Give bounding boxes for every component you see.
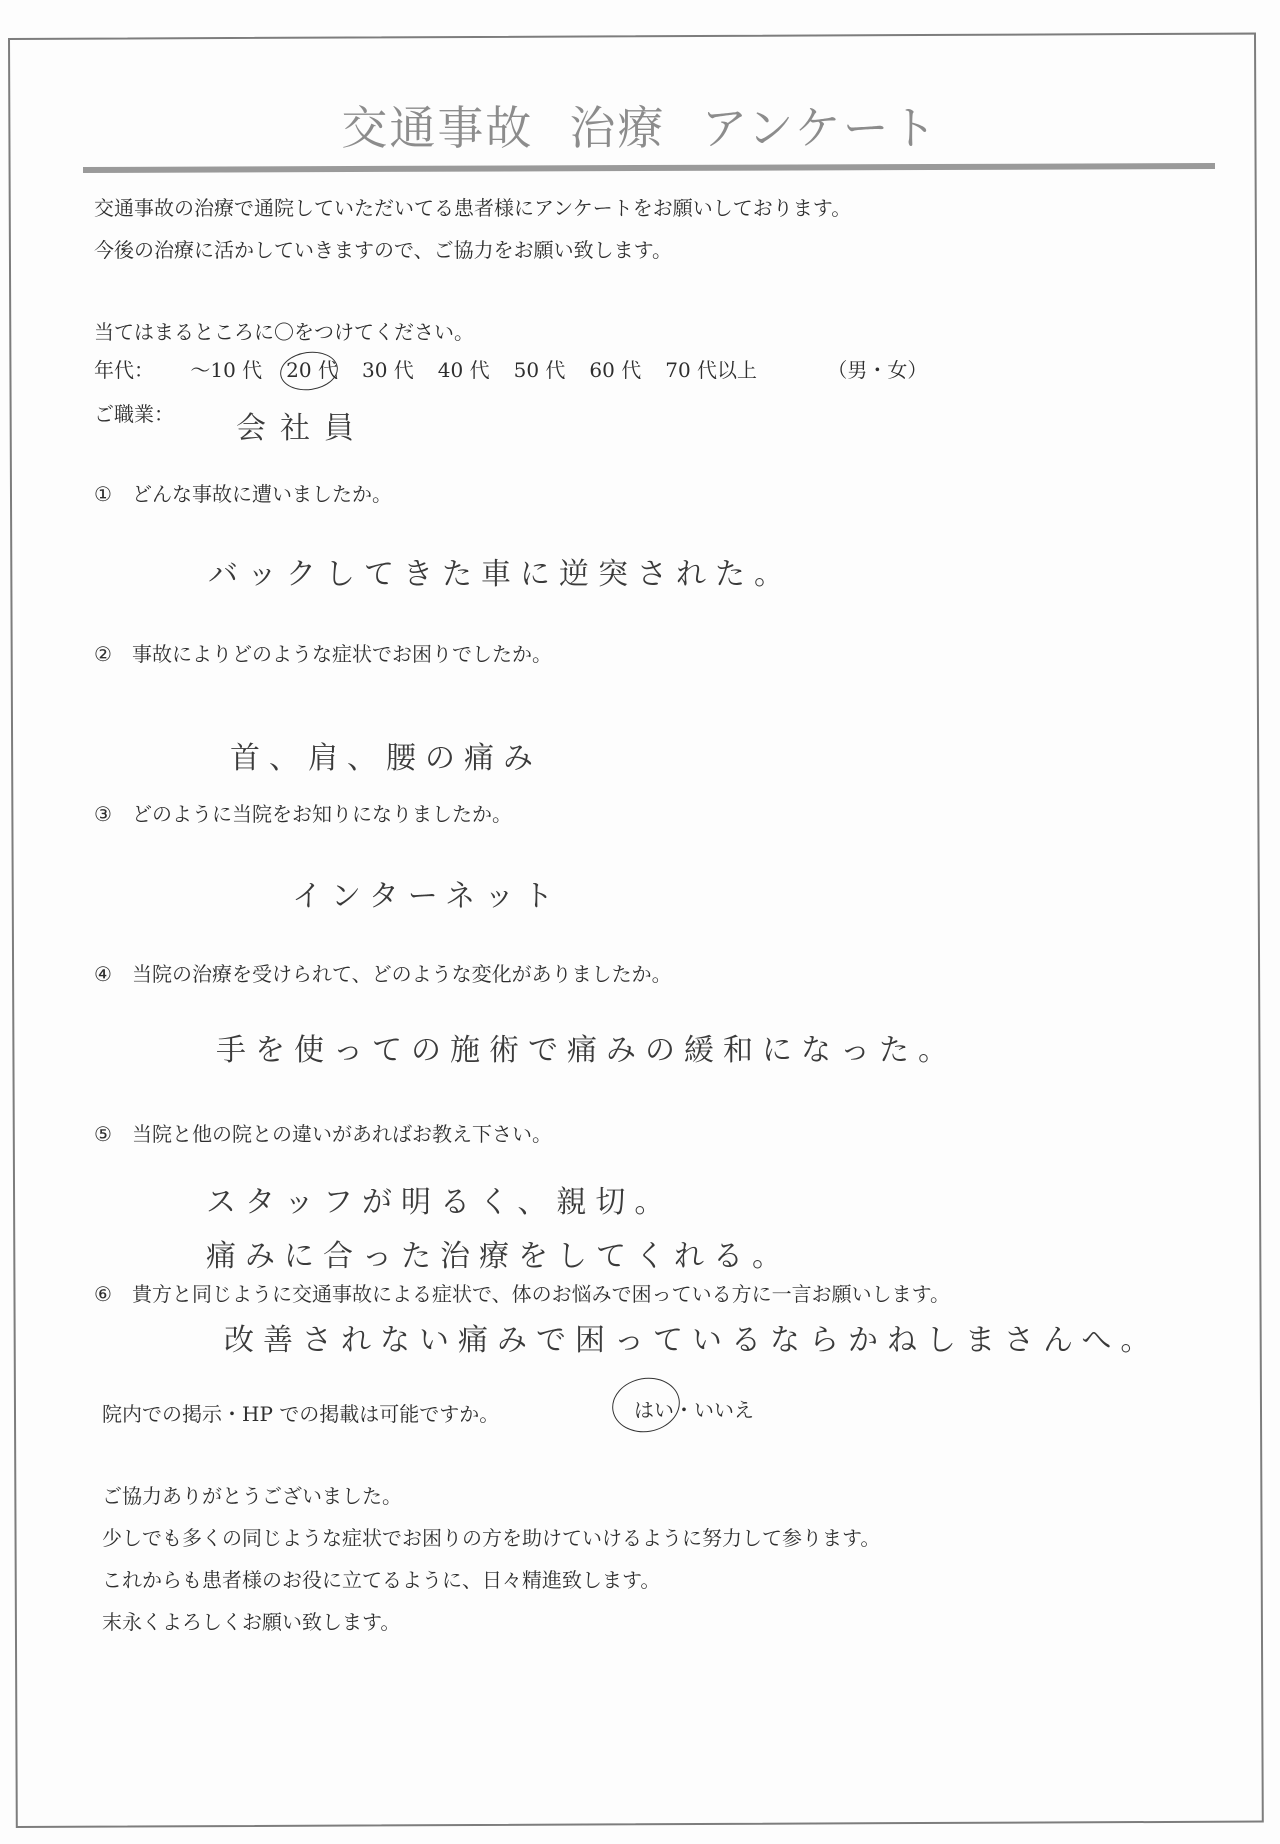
publication-question: 院内での掲示・HP での掲載は可能ですか。 [102, 1404, 499, 1424]
title-part: アンケート [701, 101, 938, 155]
age-option[interactable]: 30 代 [362, 360, 414, 380]
question-text: 当院と他の院との違いがあればお教え下さい。 [132, 1122, 552, 1146]
question-text: 当院の治療を受けられて、どのような変化がありましたか。 [132, 962, 672, 986]
question-2: ②事故によりどのような症状でお困りでしたか。 [94, 644, 552, 664]
survey-title: 交通事故治療アンケート [0, 92, 1280, 158]
age-option[interactable]: 60 代 [589, 360, 641, 380]
answer-1: バックしてきた車に逆突された。 [208, 560, 793, 590]
title-part: 交通事故 [341, 101, 533, 155]
question-number: ③ [94, 804, 132, 824]
question-number: ② [94, 644, 132, 664]
publication-options: はい・いいえ [634, 1400, 1280, 1420]
closing-line: これからも患者様のお役に立てるように、日々精進致します。 [102, 1570, 660, 1590]
age-option[interactable]: 50 代 [514, 360, 566, 380]
question-number: ④ [94, 964, 132, 984]
answer-5-line-2: 痛みに合った治療をしてくれる。 [206, 1242, 791, 1272]
age-option[interactable]: ～10 代 [190, 360, 262, 380]
answer-2: 首、肩、腰の痛み [230, 744, 542, 774]
closing-line: ご協力ありがとうございました。 [102, 1486, 402, 1506]
title-part: 治療 [569, 101, 665, 155]
age-option[interactable]: 40 代 [438, 360, 490, 380]
question-number: ⑥ [94, 1284, 132, 1304]
publication-yes-selected[interactable]: はい [634, 1398, 674, 1422]
answer-3: インターネット [292, 882, 562, 912]
answer-5-line-1: スタッフが明るく、親切。 [206, 1188, 673, 1218]
age-option-selected[interactable]: 20 代 [286, 360, 338, 380]
question-1: ①どんな事故に遭いましたか。 [94, 484, 392, 504]
gender-options[interactable]: （男・女） [827, 358, 927, 382]
question-6: ⑥貴方と同じように交通事故による症状で、体のお悩みで困っている方に一言お願いしま… [94, 1284, 950, 1304]
closing-line: 少しでも多くの同じような症状でお困りの方を助けていけるように努力して参ります。 [102, 1528, 880, 1548]
page-border [8, 33, 1264, 1828]
occupation-label: ご職業： [94, 404, 174, 424]
answer-4: 手を使っての施術で痛みの緩和になった。 [216, 1036, 957, 1066]
publication-no[interactable]: いいえ [694, 1398, 754, 1422]
question-number: ① [94, 484, 132, 504]
intro-line: 交通事故の治療で通院していただいてる患者様にアンケートをお願いしております。 [94, 198, 851, 218]
question-3: ③どのように当院をお知りになりましたか。 [94, 804, 512, 824]
question-number: ⑤ [94, 1124, 132, 1144]
age-option[interactable]: 70 代以上 [665, 360, 757, 380]
answer-6: 改善されない痛みで困っているならかねしまさんへ。 [224, 1326, 1159, 1356]
question-text: どのように当院をお知りになりましたか。 [132, 802, 512, 826]
question-5: ⑤当院と他の院との違いがあればお教え下さい。 [94, 1124, 552, 1144]
age-label: 年代： [94, 358, 154, 382]
question-4: ④当院の治療を受けられて、どのような変化がありましたか。 [94, 964, 672, 984]
question-text: 事故によりどのような症状でお困りでしたか。 [132, 642, 552, 666]
closing-line: 末永くよろしくお願い致します。 [102, 1612, 400, 1632]
question-text: どんな事故に遭いましたか。 [132, 482, 392, 506]
instruction: 当てはまるところに〇をつけてください。 [94, 322, 474, 342]
intro-line: 今後の治療に活かしていきますので、ご協力をお願い致します。 [94, 240, 672, 260]
age-row: 年代： ～10 代 20 代 30 代 40 代 50 代 60 代 70 代以… [94, 360, 927, 380]
question-text: 貴方と同じように交通事故による症状で、体のお悩みで困っている方に一言お願いします… [132, 1282, 950, 1306]
occupation-answer: 会社員 [236, 414, 368, 444]
